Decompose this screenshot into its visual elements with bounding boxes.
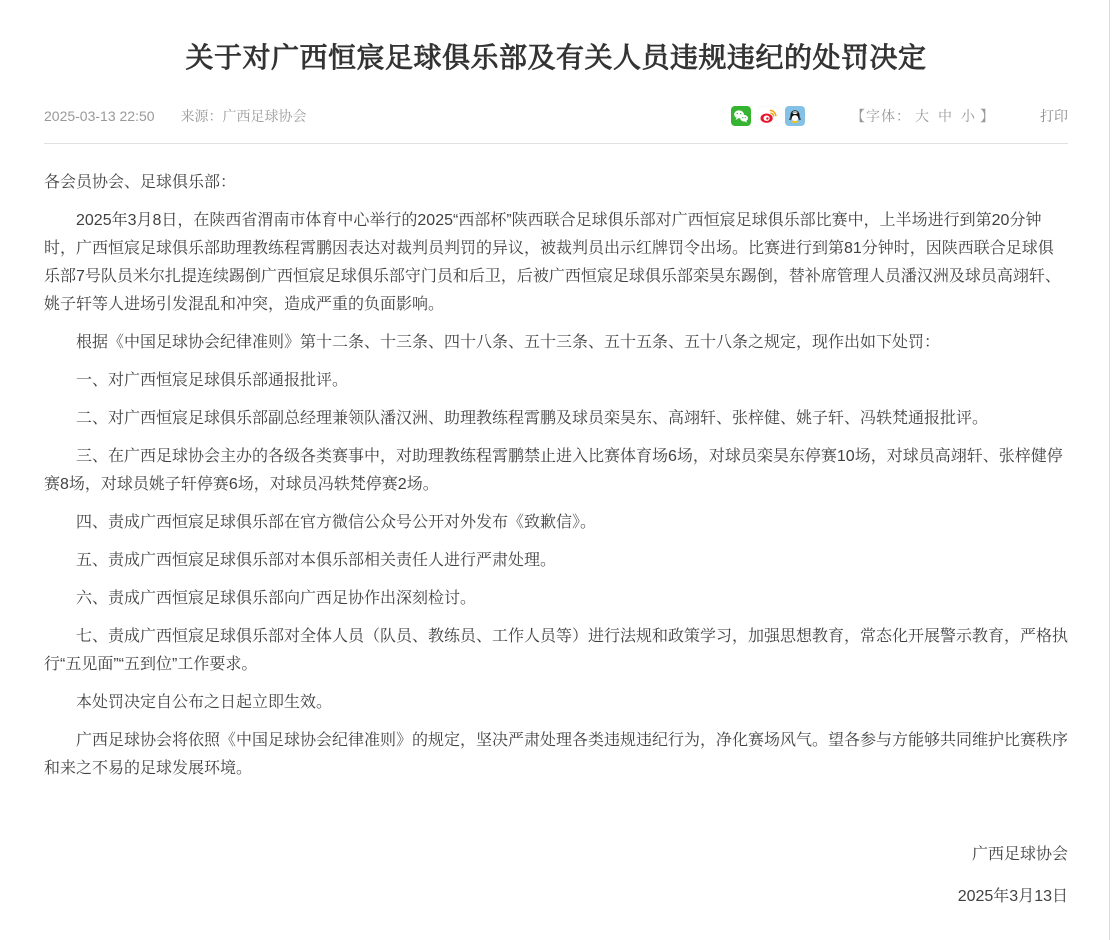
- font-size-small[interactable]: 小: [961, 106, 976, 126]
- share-bar: [731, 106, 805, 126]
- font-size-medium[interactable]: 中: [938, 106, 953, 126]
- meta-bar: 2025-03-13 22:50 来源：广西足球协会: [44, 106, 1068, 126]
- font-control-suffix: 】: [980, 106, 995, 126]
- meta-info: 2025-03-13 22:50 来源：广西足球协会: [44, 106, 731, 126]
- divider: [44, 143, 1068, 144]
- signature-org: 广西足球协会: [44, 841, 1068, 869]
- weibo-share-icon[interactable]: [758, 106, 778, 126]
- paragraph-incident: 2025年3月8日，在陕西省渭南市体育中心举行的2025“西部杯”陕西联合足球俱…: [44, 207, 1068, 319]
- page-right-border: [1109, 0, 1110, 940]
- qq-share-icon[interactable]: [785, 106, 805, 126]
- penalty-item-7: 七、责成广西恒宸足球俱乐部对全体人员（队员、教练员、工作人员等）进行法规和政策学…: [44, 623, 1068, 679]
- signature-date: 2025年3月13日: [44, 883, 1068, 911]
- penalty-item-3: 三、在广西足球协会主办的各级各类赛事中，对助理教练程霄鹏禁止进入比赛体育场6场，…: [44, 443, 1068, 499]
- salutation: 各会员协会、足球俱乐部：: [44, 169, 1068, 197]
- article-page: 关于对广西恒宸足球俱乐部及有关人员违规违纪的处罚决定 2025-03-13 22…: [0, 36, 1113, 911]
- paragraph-effective: 本处罚决定自公布之日起立即生效。: [44, 689, 1068, 717]
- page-title: 关于对广西恒宸足球俱乐部及有关人员违规违纪的处罚决定: [44, 36, 1068, 76]
- source: 来源：广西足球协会: [181, 106, 307, 126]
- print-button[interactable]: 打印: [1040, 106, 1068, 126]
- paragraph-basis: 根据《中国足球协会纪律准则》第十二条、十三条、四十八条、五十三条、五十五条、五十…: [44, 329, 1068, 357]
- paragraph-closing: 广西足球协会将依照《中国足球协会纪律准则》的规定，坚决严肃处理各类违规违纪行为，…: [44, 727, 1068, 783]
- wechat-share-icon[interactable]: [731, 106, 751, 126]
- font-size-control: 【字体：大中小】: [851, 106, 995, 126]
- source-label: 来源：: [181, 108, 223, 124]
- signature-block: 广西足球协会 2025年3月13日: [44, 841, 1068, 911]
- penalty-item-4: 四、责成广西恒宸足球俱乐部在官方微信公众号公开对外发布《致歉信》。: [44, 509, 1068, 537]
- font-control-prefix: 【字体：: [851, 106, 911, 126]
- penalty-item-6: 六、责成广西恒宸足球俱乐部向广西足协作出深刻检讨。: [44, 585, 1068, 613]
- source-link[interactable]: 广西足球协会: [223, 108, 307, 124]
- penalty-item-1: 一、对广西恒宸足球俱乐部通报批评。: [44, 367, 1068, 395]
- publish-datetime: 2025-03-13 22:50: [44, 108, 155, 124]
- article-body: 各会员协会、足球俱乐部： 2025年3月8日，在陕西省渭南市体育中心举行的202…: [44, 169, 1068, 911]
- font-size-large[interactable]: 大: [915, 106, 930, 126]
- penalty-item-5: 五、责成广西恒宸足球俱乐部对本俱乐部相关责任人进行严肃处理。: [44, 547, 1068, 575]
- penalty-item-2: 二、对广西恒宸足球俱乐部副总经理兼领队潘汉洲、助理教练程霄鹏及球员栾昊东、高翊轩…: [44, 405, 1068, 433]
